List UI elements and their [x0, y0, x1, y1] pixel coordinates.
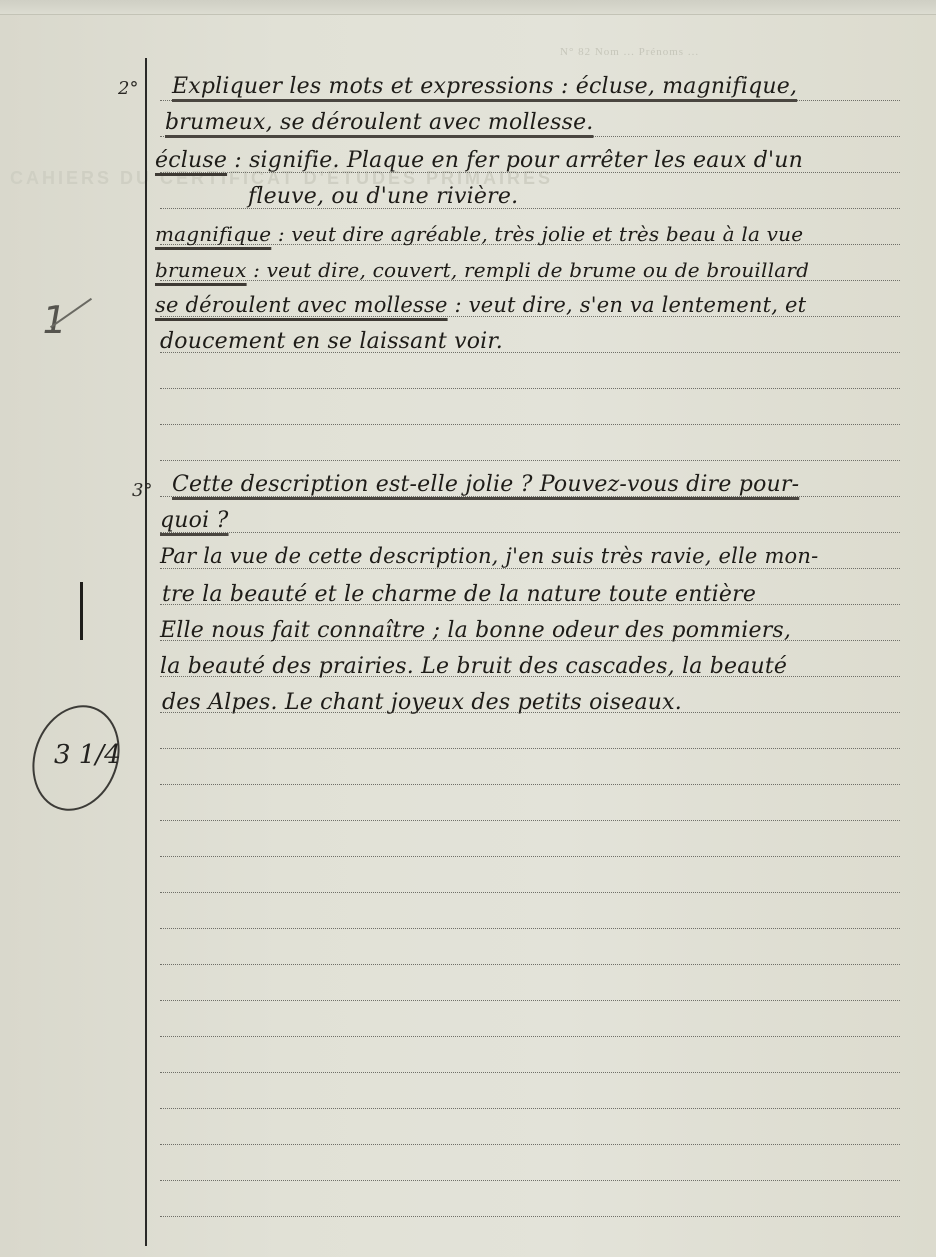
margin-mark-section3: [80, 582, 83, 640]
ruled-line: [160, 1108, 900, 1109]
ruled-line: [160, 388, 900, 389]
section2-question-line2: brumeux, se déroulent avec mollesse.: [165, 110, 593, 135]
section3-question-line1: Cette description est-elle jolie ? Pouve…: [172, 472, 799, 497]
ruled-line: [160, 928, 900, 929]
answer-brumeux: brumeux : veut dire, couvert, rempli de …: [155, 258, 809, 282]
answer-se-deroulent-cont: doucement en se laissant voir.: [160, 329, 503, 354]
section3-answer-line1: Par la vue de cette description, j'en su…: [160, 544, 818, 568]
page-top-edge: [0, 0, 936, 15]
term-brumeux: brumeux: [155, 258, 247, 282]
final-grade: 3 1/4: [54, 740, 121, 770]
margin-line: [145, 58, 147, 1246]
ruled-line: [160, 1072, 900, 1073]
section3-question-line2: quoi ?: [160, 508, 229, 533]
section3-answer-line4: la beauté des prairies. Le bruit des cas…: [160, 654, 787, 679]
section3-answer-line3: Elle nous fait connaître ; la bonne odeu…: [160, 618, 791, 643]
ruled-line: [160, 892, 900, 893]
ruled-line: [160, 964, 900, 965]
term-magnifique: magnifique: [155, 222, 271, 246]
margin-mark-section2: 1: [38, 298, 70, 342]
ruled-line: [160, 460, 900, 461]
ruled-line: [160, 1000, 900, 1001]
definition-se-deroulent: : veut dire, s'en va lentement, et: [454, 293, 806, 317]
ruled-line: [160, 100, 900, 101]
ruled-line: [160, 748, 900, 749]
answer-se-deroulent: se déroulent avec mollesse : veut dire, …: [155, 293, 806, 317]
definition-magnifique: : veut dire agréable, très jolie et très…: [278, 222, 803, 246]
answer-ecluse: écluse : signifie. Plaque en fer pour ar…: [155, 148, 803, 173]
term-ecluse: écluse: [155, 148, 227, 173]
ruled-line: [160, 136, 900, 137]
ruled-line: [160, 568, 900, 569]
ruled-line: [160, 532, 900, 533]
ruled-line: [160, 856, 900, 857]
worksheet-page: N° 82 Nom ... Prénoms ... CAHIERS DU CER…: [0, 0, 936, 1257]
bleed-through-header: N° 82 Nom ... Prénoms ...: [560, 46, 699, 58]
term-se-deroulent: se déroulent avec mollesse: [155, 293, 448, 317]
answer-magnifique: magnifique : veut dire agréable, très jo…: [155, 222, 803, 246]
answer-ecluse-cont: fleuve, ou d'une rivière.: [248, 184, 518, 209]
ruled-line: [160, 820, 900, 821]
section3-number: 3°: [132, 480, 152, 501]
ruled-line: [160, 424, 900, 425]
definition-ecluse: : signifie. Plaque en fer pour arrêter l…: [234, 148, 803, 173]
ruled-line: [160, 1180, 900, 1181]
section2-number: 2°: [118, 78, 138, 99]
section3-answer-line5: des Alpes. Le chant joyeux des petits oi…: [162, 690, 682, 715]
ruled-line: [160, 784, 900, 785]
ruled-line: [160, 1036, 900, 1037]
section3-answer-line2: tre la beauté et le charme de la nature …: [162, 582, 756, 607]
section2-question-line1: Expliquer les mots et expressions : éclu…: [172, 74, 797, 99]
ruled-line: [160, 1216, 900, 1217]
definition-brumeux: : veut dire, couvert, rempli de brume ou…: [253, 258, 809, 282]
ruled-line: [160, 1144, 900, 1145]
